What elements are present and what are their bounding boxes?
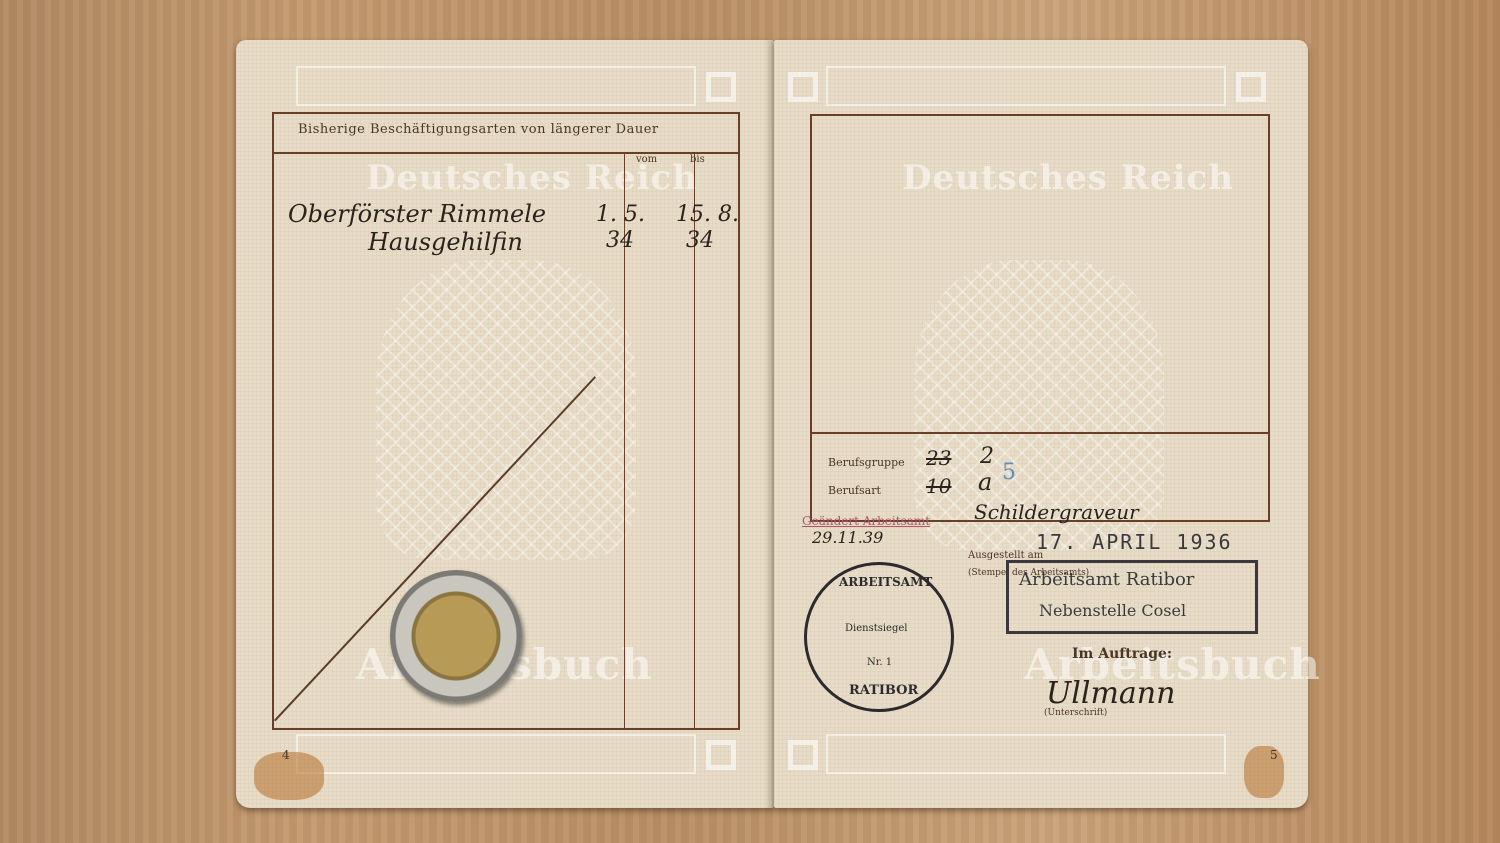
berufsgruppe-new: 2 [980, 444, 994, 469]
stain [1244, 746, 1284, 798]
office-rectangular-stamp: Arbeitsamt Ratibor Nebenstelle Cosel [1006, 560, 1258, 634]
page-number-left: 4 [282, 748, 290, 762]
watermark-emblem-icon [788, 72, 818, 102]
berufsgruppe-old: 23 [926, 446, 951, 470]
from-date: 1. 5. [596, 202, 645, 227]
arbeitsbuch-booklet: Deutsches Reich Arbeitsbuch Bisherige Be… [236, 40, 1308, 812]
signature-caption: (Unterschrift) [1044, 708, 1107, 718]
watermark-emblem-icon [788, 740, 818, 770]
column-bis: bis [690, 154, 705, 165]
watermark-emblem-icon [706, 740, 736, 770]
column-vom: vom [636, 154, 657, 165]
occupation-line1: Oberförster Rimmele [288, 200, 546, 228]
to-year: 34 [686, 228, 714, 253]
watermark-band-bottom [826, 734, 1226, 774]
two-euro-coin [390, 570, 522, 702]
watermark-emblem-icon [706, 72, 736, 102]
berufsart-new: a [978, 468, 992, 496]
berufsart-old: 10 [926, 474, 951, 498]
watermark-emblem-icon [1236, 72, 1266, 102]
issued-date: 17. APRIL 1936 [1036, 530, 1233, 554]
watermark-band-bottom [296, 734, 696, 774]
left-page: Deutsches Reich Arbeitsbuch Bisherige Be… [236, 40, 774, 808]
table-header: Bisherige Beschäftigungsarten von länger… [298, 122, 659, 137]
berufsart-blue-mark: 5 [1002, 460, 1016, 485]
red-changed-stamp: Geändert Arbeitsamt [802, 514, 930, 528]
occupation-line2: Hausgehilfin [368, 228, 523, 256]
watermark-band-top [826, 66, 1226, 106]
signature: Ullmann [1046, 676, 1175, 711]
berufsart-label: Berufsart [828, 484, 881, 497]
berufsgruppe-label: Berufsgruppe [828, 456, 905, 469]
from-year: 34 [606, 228, 634, 253]
red-stamp-date: 29.11.39 [812, 528, 883, 547]
page-number-right: 5 [1270, 748, 1278, 762]
to-date: 15. 8. [676, 202, 739, 227]
round-official-seal: ARBEITSAMT Dienstsiegel Nr. 1 RATIBOR [804, 562, 954, 712]
occupation-note: Schildergraveur [974, 500, 1139, 524]
right-page: Deutsches Reich Arbeitsbuch Berufsgruppe… [774, 40, 1308, 808]
on-behalf-label: Im Auftrage: [1072, 646, 1172, 662]
watermark-band-top [296, 66, 696, 106]
